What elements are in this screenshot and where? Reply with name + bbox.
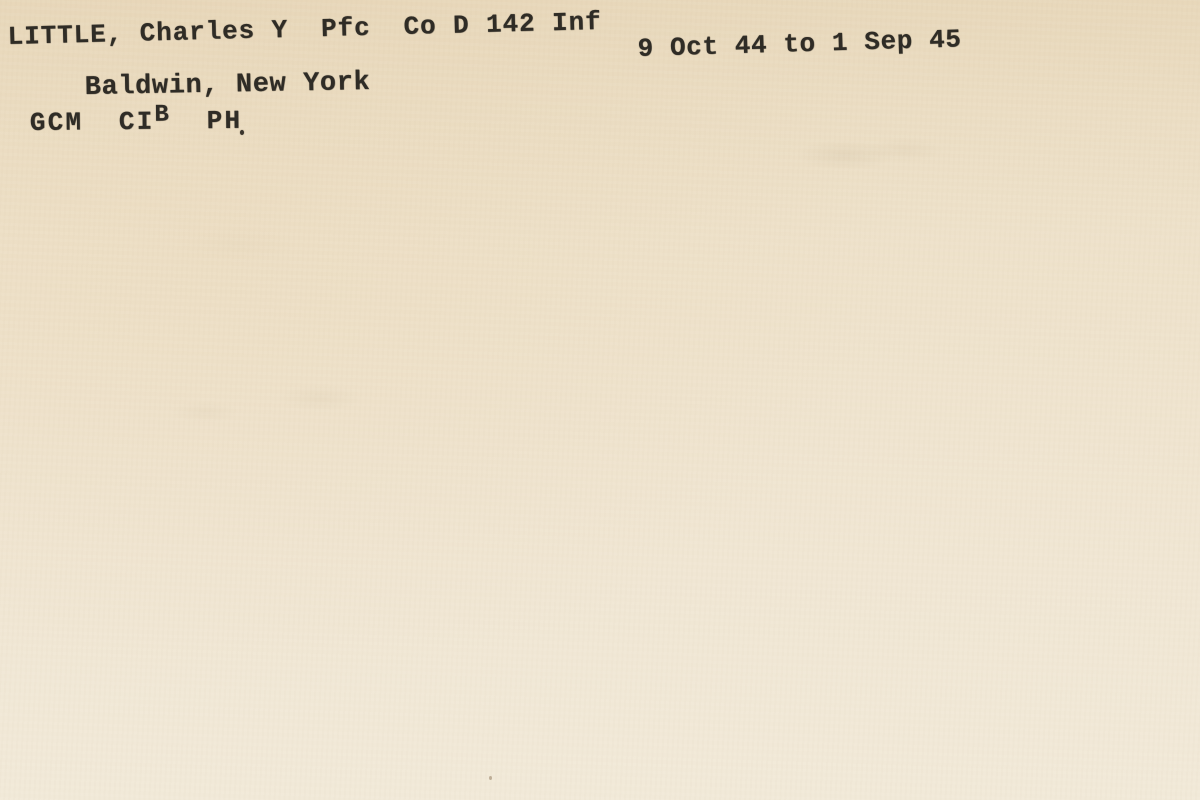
awards-superscript: B [154, 102, 171, 129]
soldier-name-unit-line: LITTLE, Charles Y Pfc Co D 142 Inf [7, 9, 602, 50]
awards-line: GCM CIB PH [30, 108, 243, 137]
index-card: LITTLE, Charles Y Pfc Co D 142 Inf 9 Oct… [0, 0, 1200, 800]
service-dates-line: 9 Oct 44 to 1 Sep 45 [637, 26, 962, 62]
awards-prefix: GCM CI [30, 107, 155, 138]
awards-suffix: PH [171, 106, 243, 137]
residence-line: Baldwin, New York [85, 70, 371, 102]
paper-speck [489, 776, 492, 780]
stray-period-mark [240, 130, 244, 135]
